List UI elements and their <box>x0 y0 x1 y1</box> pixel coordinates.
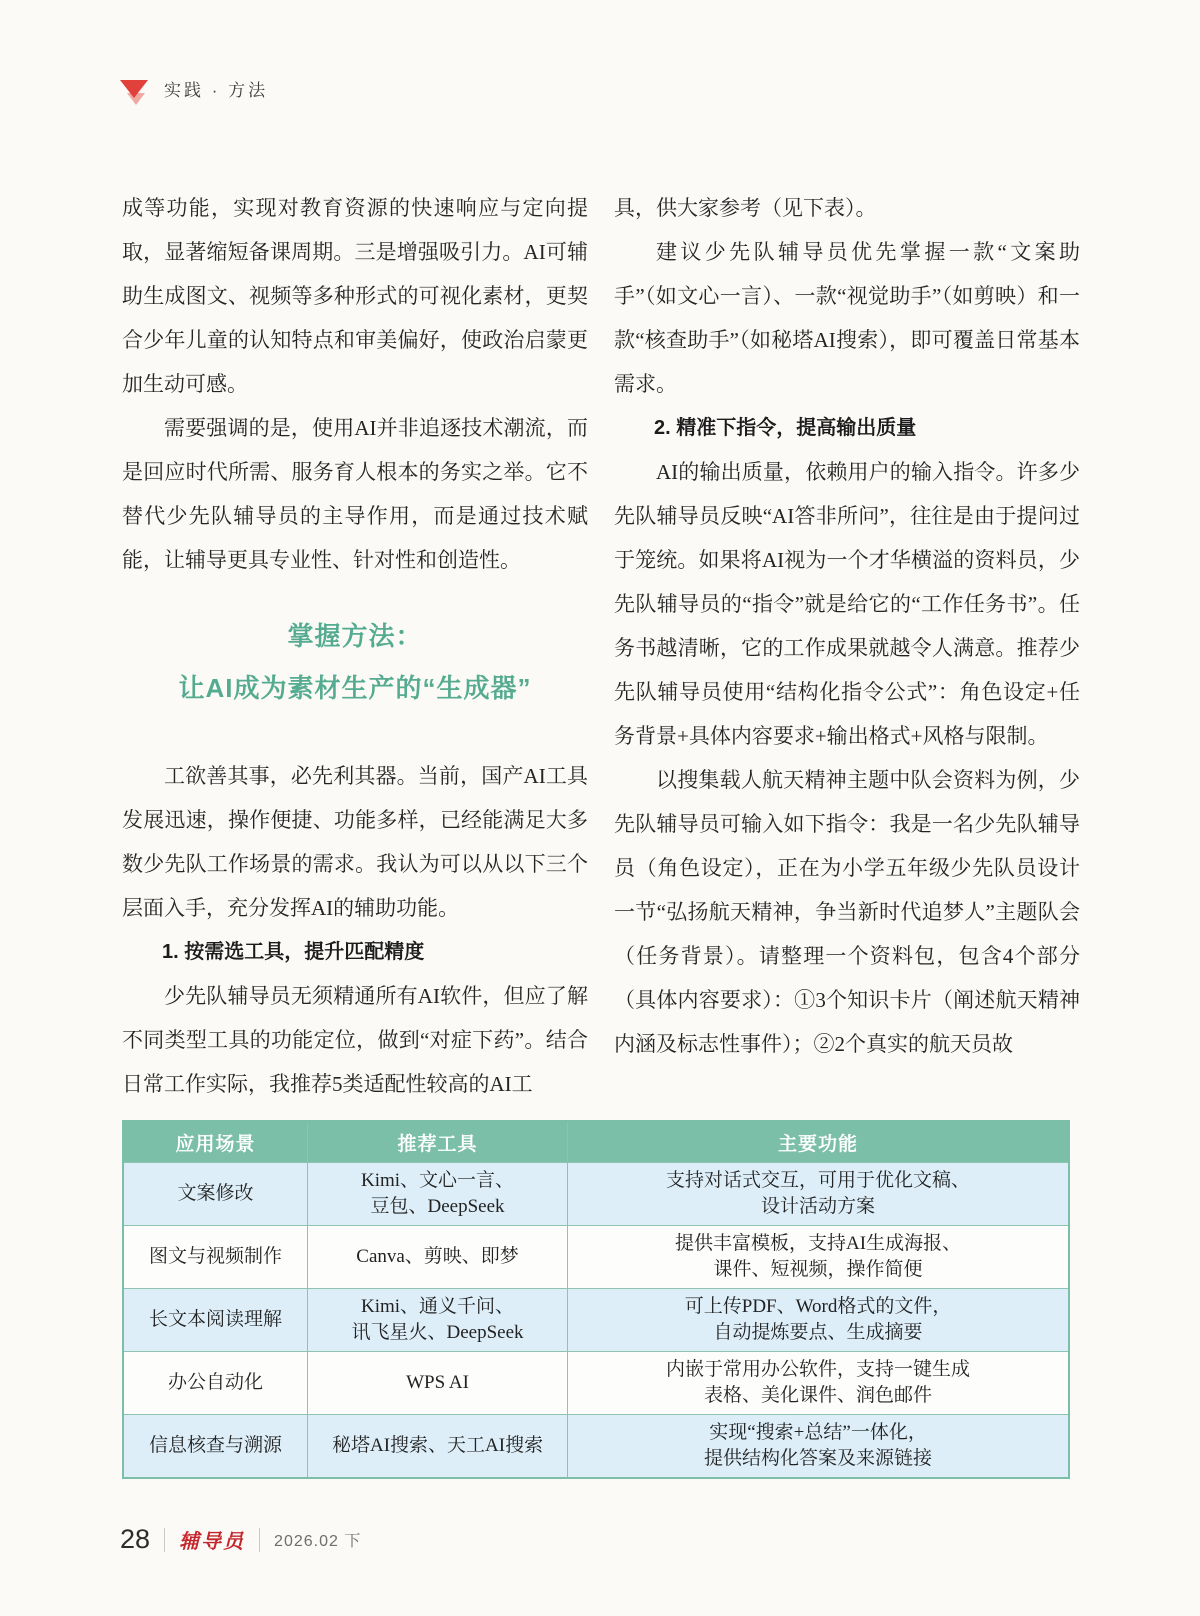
section-label: 实践 · 方法 <box>164 80 268 102</box>
footer-divider <box>164 1528 165 1552</box>
table-cell: 图文与视频制作 <box>123 1226 307 1289</box>
table-cell: 提供丰富模板，支持AI生成海报、 课件、短视频，操作简便 <box>568 1226 1069 1289</box>
table-cell: 支持对话式交互，可用于优化文稿、 设计活动方案 <box>568 1163 1069 1226</box>
numbered-subheading: 1. 按需选工具，提升匹配精度 <box>122 930 588 974</box>
issue-label: 2026.02 下 <box>274 1528 361 1551</box>
body-paragraph: 具，供大家参考（见下表）。 <box>614 186 1080 230</box>
table-cell: 实现“搜索+总结”一体化， 提供结构化答案及来源链接 <box>568 1415 1069 1479</box>
journal-logo: 辅导员 <box>179 1525 245 1554</box>
table-cell: 文案修改 <box>123 1163 307 1226</box>
table-row: 文案修改 Kimi、文心一言、 豆包、DeepSeek 支持对话式交互，可用于优… <box>123 1163 1069 1226</box>
section-heading-line2: 让AI成为素材生产的“生成器” <box>178 673 531 703</box>
body-paragraph: 需要强调的是，使用AI并非追逐技术潮流，而是回应时代所需、服务育人根本的务实之举… <box>122 406 588 582</box>
table-cell: 长文本阅读理解 <box>123 1289 307 1352</box>
table-cell: 信息核查与溯源 <box>123 1415 307 1479</box>
footer-divider <box>259 1528 260 1552</box>
table-cell: 内嵌于常用办公软件，支持一键生成 表格、美化课件、润色邮件 <box>568 1352 1069 1415</box>
table-header-cell: 主要功能 <box>568 1121 1069 1163</box>
page-footer: 28 辅导员 2026.02 下 <box>120 1524 361 1555</box>
table-row: 信息核查与溯源 秘塔AI搜索、天工AI搜索 实现“搜索+总结”一体化， 提供结构… <box>123 1415 1069 1479</box>
page-header: 实践 · 方法 <box>120 80 268 108</box>
table-row: 办公自动化 WPS AI 内嵌于常用办公软件，支持一键生成 表格、美化课件、润色… <box>123 1352 1069 1415</box>
body-paragraph: 建议少先队辅导员优先掌握一款“文案助手”（如文心一言）、一款“视觉助手”（如剪映… <box>614 230 1080 406</box>
body-paragraph: 成等功能，实现对教育资源的快速响应与定向提取，显著缩短备课周期。三是增强吸引力。… <box>122 186 588 406</box>
table-cell: Canva、剪映、即梦 <box>307 1226 567 1289</box>
table-cell: 秘塔AI搜索、天工AI搜索 <box>307 1415 567 1479</box>
right-column: 具，供大家参考（见下表）。 建议少先队辅导员优先掌握一款“文案助手”（如文心一言… <box>614 186 1080 1106</box>
body-paragraph: 少先队辅导员无须精通所有AI软件，但应了解不同类型工具的功能定位，做到“对症下药… <box>122 974 588 1106</box>
left-column: 成等功能，实现对教育资源的快速响应与定向提取，显著缩短备课周期。三是增强吸引力。… <box>122 186 588 1106</box>
table-header-cell: 推荐工具 <box>307 1121 567 1163</box>
table-cell: Kimi、通义千问、 讯飞星火、DeepSeek <box>307 1289 567 1352</box>
table-row: 图文与视频制作 Canva、剪映、即梦 提供丰富模板，支持AI生成海报、 课件、… <box>123 1226 1069 1289</box>
page-number: 28 <box>120 1524 150 1555</box>
table-cell: Kimi、文心一言、 豆包、DeepSeek <box>307 1163 567 1226</box>
table-cell: 可上传PDF、Word格式的文件， 自动提炼要点、生成摘要 <box>568 1289 1069 1352</box>
body-paragraph: 以搜集载人航天精神主题中队会资料为例，少先队辅导员可输入如下指令：我是一名少先队… <box>614 758 1080 1066</box>
table-row: 长文本阅读理解 Kimi、通义千问、 讯飞星火、DeepSeek 可上传PDF、… <box>123 1289 1069 1352</box>
table-header-cell: 应用场景 <box>123 1121 307 1163</box>
section-heading-line1: 掌握方法： <box>287 621 422 651</box>
body-paragraph: AI的输出质量，依赖用户的输入指令。许多少先队辅导员反映“AI答非所问”，往往是… <box>614 450 1080 758</box>
table-cell: 办公自动化 <box>123 1352 307 1415</box>
table-header-row: 应用场景 推荐工具 主要功能 <box>123 1121 1069 1163</box>
tool-table: 应用场景 推荐工具 主要功能 文案修改 Kimi、文心一言、 豆包、DeepSe… <box>122 1120 1070 1479</box>
article-body: 成等功能，实现对教育资源的快速响应与定向提取，显著缩短备课周期。三是增强吸引力。… <box>122 186 1080 1106</box>
triangle-down-icon <box>120 80 152 108</box>
table-cell: WPS AI <box>307 1352 567 1415</box>
section-heading: 掌握方法： 让AI成为素材生产的“生成器” <box>122 610 588 714</box>
body-paragraph: 工欲善其事，必先利其器。当前，国产AI工具发展迅速，操作便捷、功能多样，已经能满… <box>122 754 588 930</box>
triangle-main-icon <box>120 80 148 98</box>
numbered-subheading: 2. 精准下指令，提高输出质量 <box>614 406 1080 450</box>
